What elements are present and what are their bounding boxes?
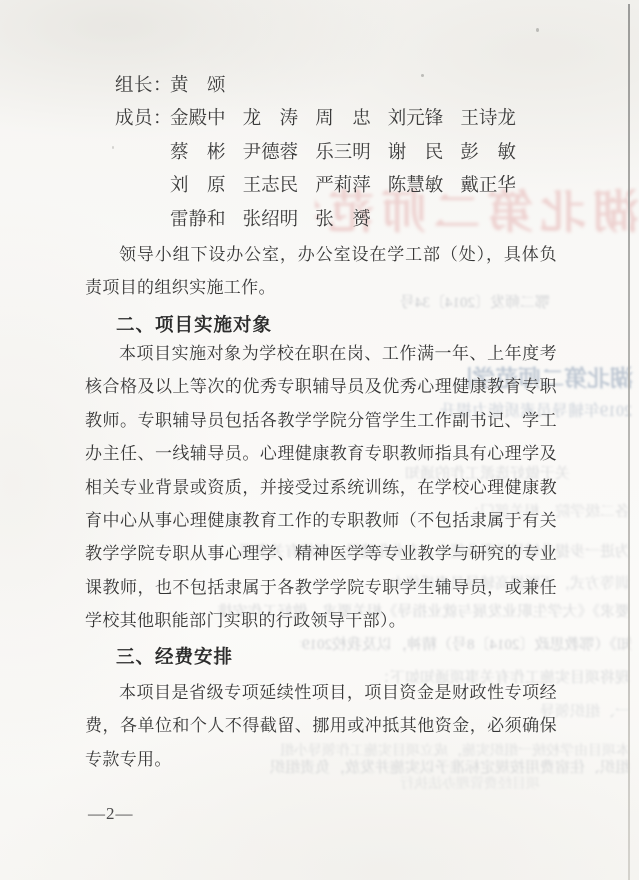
section2-heading: 二、项目实施对象 (116, 311, 272, 337)
member-row: 刘 原王志民严莉萍陈慧敏戴正华 (115, 170, 533, 203)
member-name: 王诗龙 (460, 103, 533, 136)
member-name: 谢 民 (388, 137, 461, 170)
leader-name: 黄 颂 (170, 70, 226, 103)
scan-speck (536, 28, 539, 32)
member-name: 乐三明 (315, 137, 388, 170)
member-name: 张绍明 (243, 204, 316, 237)
member-name: 刘元锋 (388, 103, 461, 136)
member-row: 蔡 彬尹德蓉乐三明谢 民彭 敏 (115, 137, 533, 170)
section3-paragraph: 本项目是省级专项延续性项目，项目资金是财政性专项经费，各单位和个人不得截留、挪用… (85, 676, 557, 776)
leader-row: 组长： 黄 颂 (115, 70, 533, 103)
scan-edge-line (628, 4, 630, 880)
section3-heading: 三、经费安排 (116, 643, 233, 669)
scanned-document-page: 湖北第二师范学院文件 鄂二师发〔2014〕34号 湖北第二师范学院 2019年辅… (0, 0, 639, 880)
member-name: 严莉萍 (315, 170, 388, 203)
page-number: —2— (88, 804, 134, 824)
member-row: 雷静和张绍明张 赟 (115, 204, 533, 237)
scan-speck (112, 146, 114, 149)
section2-paragraph: 本项目实施对象为学校在职在岗、工作满一年、上年度考核合格及以上等次的优秀专职辅导… (85, 337, 557, 638)
member-name: 彭 敏 (460, 137, 533, 170)
member-row: 成员：金殿中龙 涛周 忠刘元锋王诗龙 (115, 103, 533, 136)
member-name: 周 忠 (315, 103, 388, 136)
leader-label: 组长： (115, 70, 170, 103)
intro-paragraph: 领导小组下设办公室，办公室设在学工部（处），具体负责项目的组织实施工作。 (85, 238, 557, 305)
member-name: 张 赟 (315, 204, 388, 237)
members-label: 成员： (115, 103, 170, 136)
member-name: 雷静和 (170, 204, 243, 237)
member-name: 蔡 彬 (170, 137, 243, 170)
member-name: 王志民 (243, 170, 316, 203)
member-name: 陈慧敏 (388, 170, 461, 203)
member-name: 尹德蓉 (243, 137, 316, 170)
member-name: 戴正华 (460, 170, 533, 203)
member-name: 刘 原 (170, 170, 243, 203)
leadership-roster: 组长： 黄 颂 成员：金殿中龙 涛周 忠刘元锋王诗龙蔡 彬尹德蓉乐三明谢 民彭 … (115, 70, 533, 237)
member-name: 龙 涛 (243, 103, 316, 136)
member-rows: 成员：金殿中龙 涛周 忠刘元锋王诗龙蔡 彬尹德蓉乐三明谢 民彭 敏刘 原王志民严… (115, 103, 533, 237)
member-name: 金殿中 (170, 103, 243, 136)
